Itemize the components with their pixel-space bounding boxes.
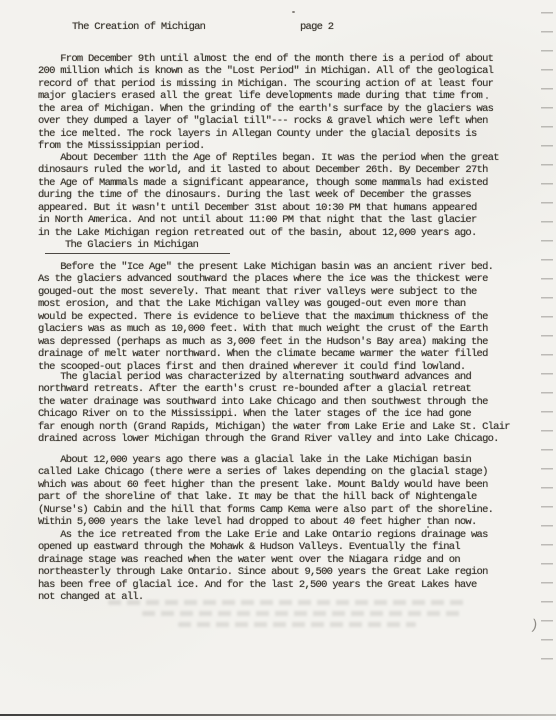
section-heading: The Glaciers in Michigan bbox=[45, 239, 230, 251]
showthrough-text-artifact bbox=[108, 600, 468, 605]
scanned-page: The Creation of Michigan page 2 From Dec… bbox=[0, 0, 556, 720]
paragraph-lake-chicago: About 12,000 years ago there was a glaci… bbox=[38, 454, 550, 529]
paragraph-lost-period: From December 9th until almost the end o… bbox=[38, 53, 550, 153]
showthrough-text-artifact bbox=[142, 611, 464, 616]
ink-speck-artifact bbox=[486, 97, 488, 99]
scan-margin-artifact bbox=[0, 716, 556, 720]
document-title: The Creation of Michigan bbox=[72, 21, 205, 33]
page-number-label: page 2 bbox=[300, 21, 333, 33]
ink-speck-artifact bbox=[427, 526, 429, 528]
paragraph-age-of-reptiles: About December 11th the Age of Reptiles … bbox=[38, 152, 550, 239]
paragraph-ice-retreat: As the ice retreated from the Lake Erie … bbox=[38, 529, 550, 604]
section-heading-underline: The Glaciers in Michigan bbox=[45, 239, 230, 254]
binding-marks-artifact bbox=[541, 12, 553, 672]
paragraph-glacial-period: The glacial period was characterized by … bbox=[38, 371, 550, 446]
page-header: The Creation of Michigan page 2 bbox=[0, 0, 556, 50]
paragraph-ice-age-basin: Before the "Ice Age" the present Lake Mi… bbox=[38, 261, 550, 373]
ink-speck-artifact bbox=[292, 11, 295, 13]
pen-mark-artifact: ) bbox=[529, 617, 540, 634]
showthrough-text-artifact bbox=[178, 622, 416, 627]
